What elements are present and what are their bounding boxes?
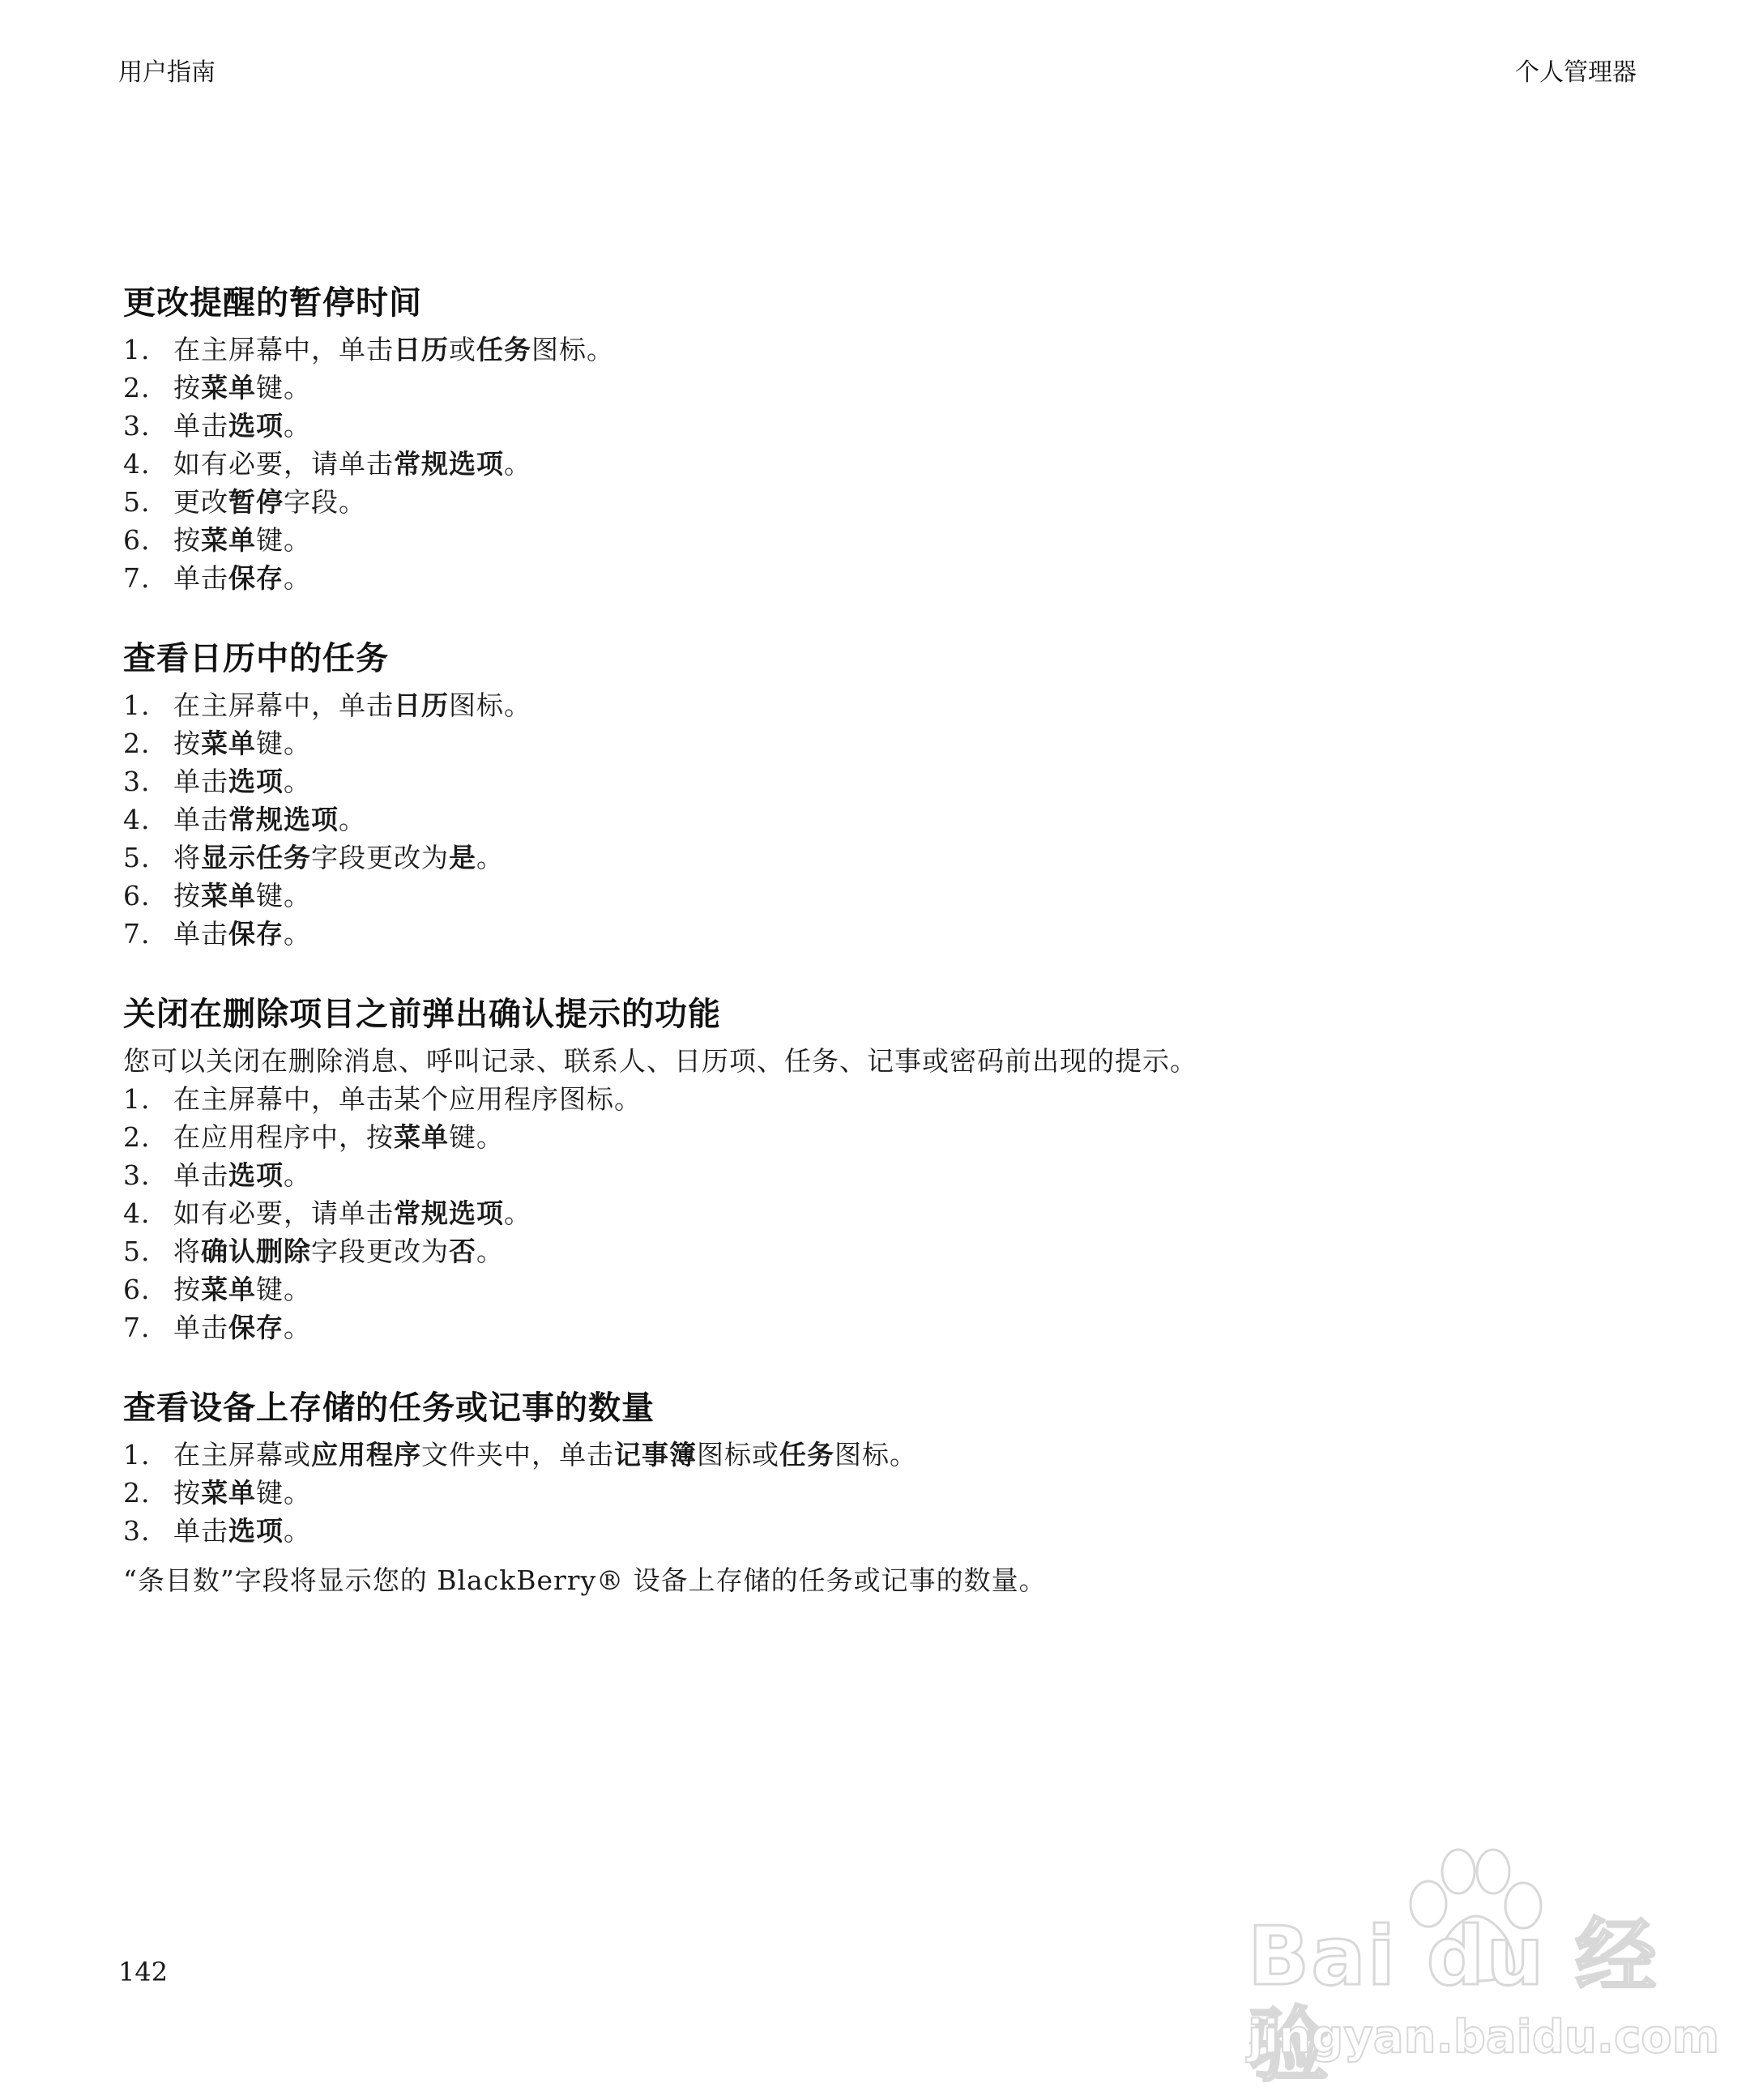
- step-text: 将显示任务字段更改为是。: [173, 839, 504, 877]
- step-text: 按菜单键。: [173, 369, 311, 407]
- text-run: 按: [173, 880, 201, 911]
- text-run: 图标。: [531, 334, 614, 365]
- steps-list: 1.在主屏幕中，单击某个应用程序图标。2.在应用程序中，按菜单键。3.单击选项。…: [123, 1080, 1662, 1347]
- ui-term: 菜单: [201, 524, 256, 556]
- text-run: 。: [476, 1236, 504, 1267]
- text-run: 按: [173, 728, 201, 759]
- step-item: 3.单击选项。: [123, 762, 1662, 800]
- text-run: 如有必要，请单击: [173, 448, 394, 480]
- step-text: 在主屏幕中，单击日历图标。: [173, 686, 531, 724]
- ui-term: 菜单: [201, 1274, 256, 1305]
- section-delete-confirm: 关闭在删除项目之前弹出确认提示的功能 您可以关闭在删除消息、呼叫记录、联系人、日…: [123, 993, 1662, 1347]
- text-run: 将: [173, 1236, 201, 1267]
- step-text: 如有必要，请单击常规选项。: [173, 445, 531, 483]
- text-run: 单击: [173, 1312, 228, 1343]
- step-item: 3.单击选项。: [123, 1512, 1662, 1550]
- step-number: 3.: [123, 1512, 173, 1550]
- step-number: 5.: [123, 483, 173, 521]
- step-item: 5.将确认删除字段更改为否。: [123, 1232, 1662, 1270]
- text-run: 按: [173, 1477, 201, 1509]
- text-run: 图标。: [834, 1439, 917, 1470]
- text-run: 。: [504, 1197, 531, 1229]
- step-text: 单击选项。: [173, 407, 311, 445]
- step-item: 5.更改暂停字段。: [123, 483, 1662, 521]
- ui-term: 选项: [228, 410, 284, 442]
- step-item: 6.按菜单键。: [123, 1270, 1662, 1308]
- step-item: 4.如有必要，请单击常规选项。: [123, 1194, 1662, 1232]
- ui-term: 否: [449, 1236, 476, 1267]
- ui-term: 是: [449, 842, 476, 873]
- text-run: 按: [173, 1274, 201, 1305]
- text-run: 单击: [173, 766, 228, 797]
- ui-term: 常规选项: [394, 448, 504, 480]
- step-text: 更改暂停字段。: [173, 483, 366, 521]
- ui-term: 确认删除: [201, 1236, 311, 1267]
- section-title: 查看设备上存储的任务或记事的数量: [123, 1387, 1662, 1429]
- step-text: 如有必要，请单击常规选项。: [173, 1194, 531, 1232]
- text-run: 或: [449, 334, 476, 365]
- document-body: 更改提醒的暂停时间 1.在主屏幕中，单击日历或任务图标。2.按菜单键。3.单击选…: [123, 282, 1662, 1599]
- text-run: 单击: [173, 410, 228, 442]
- text-run: 单击: [173, 918, 228, 950]
- section-note: “条目数”字段将显示您的 BlackBerry® 设备上存储的任务或记事的数量。: [123, 1561, 1662, 1599]
- step-number: 2.: [123, 369, 173, 407]
- ui-term: 常规选项: [394, 1197, 504, 1229]
- step-text: 将确认删除字段更改为否。: [173, 1232, 504, 1270]
- step-number: 4.: [123, 445, 173, 483]
- text-run: 字段。: [284, 486, 366, 518]
- step-text: 在主屏幕或应用程序文件夹中，单击记事簿图标或任务图标。: [173, 1436, 917, 1474]
- step-text: 按菜单键。: [173, 1474, 311, 1512]
- text-run: 文件夹中，单击: [421, 1439, 614, 1470]
- steps-list: 1.在主屏幕或应用程序文件夹中，单击记事簿图标或任务图标。2.按菜单键。3.单击…: [123, 1436, 1662, 1550]
- text-run: 键。: [256, 372, 311, 403]
- step-item: 2.按菜单键。: [123, 1474, 1662, 1512]
- step-number: 1.: [123, 331, 173, 369]
- text-run: 键。: [256, 728, 311, 759]
- text-run: 键。: [256, 880, 311, 911]
- text-run: 键。: [449, 1121, 504, 1153]
- text-run: 更改: [173, 486, 228, 518]
- step-number: 1.: [123, 1080, 173, 1118]
- step-number: 3.: [123, 1156, 173, 1194]
- ui-term: 选项: [228, 1515, 284, 1547]
- step-number: 6.: [123, 521, 173, 559]
- step-item: 2.在应用程序中，按菜单键。: [123, 1118, 1662, 1156]
- text-run: 在主屏幕或: [173, 1439, 311, 1470]
- text-run: 按: [173, 372, 201, 403]
- running-head-right: 个人管理器: [1515, 57, 1637, 89]
- step-item: 7.单击保存。: [123, 915, 1662, 953]
- text-run: 如有必要，请单击: [173, 1197, 394, 1229]
- ui-term: 保存: [228, 918, 284, 950]
- step-item: 1.在主屏幕中，单击日历或任务图标。: [123, 331, 1662, 369]
- step-item: 3.单击选项。: [123, 407, 1662, 445]
- text-run: 。: [284, 918, 311, 950]
- step-number: 2.: [123, 1474, 173, 1512]
- text-run: 在应用程序中，按: [173, 1121, 394, 1153]
- running-head-left: 用户指南: [118, 57, 216, 89]
- ui-term: 日历: [394, 334, 449, 365]
- page-number: 142: [118, 1956, 168, 1988]
- step-number: 6.: [123, 877, 173, 915]
- step-text: 单击保存。: [173, 1308, 311, 1347]
- watermark-url: jingyan.baidu.com: [1248, 2009, 1719, 2066]
- step-item: 6.按菜单键。: [123, 877, 1662, 915]
- step-number: 7.: [123, 915, 173, 953]
- ui-term: 菜单: [394, 1121, 449, 1153]
- step-number: 7.: [123, 559, 173, 597]
- step-number: 1.: [123, 1436, 173, 1474]
- ui-term: 菜单: [201, 728, 256, 759]
- ui-term: 菜单: [201, 1477, 256, 1509]
- steps-list: 1.在主屏幕中，单击日历或任务图标。2.按菜单键。3.单击选项。4.如有必要，请…: [123, 331, 1662, 597]
- ui-term: 菜单: [201, 372, 256, 403]
- ui-term: 保存: [228, 562, 284, 594]
- text-run: 。: [284, 1159, 311, 1191]
- step-number: 7.: [123, 1308, 173, 1347]
- step-number: 5.: [123, 1232, 173, 1270]
- step-text: 单击选项。: [173, 1156, 311, 1194]
- text-run: 单击: [173, 1515, 228, 1547]
- step-text: 单击常规选项。: [173, 800, 366, 839]
- ui-term: 任务: [779, 1439, 834, 1470]
- ui-term: 菜单: [201, 880, 256, 911]
- section-item-count: 查看设备上存储的任务或记事的数量 1.在主屏幕或应用程序文件夹中，单击记事簿图标…: [123, 1387, 1662, 1599]
- step-item: 7.单击保存。: [123, 1308, 1662, 1347]
- text-run: 。: [504, 448, 531, 480]
- step-item: 3.单击选项。: [123, 1156, 1662, 1194]
- text-run: 。: [284, 562, 311, 594]
- ui-term: 暂停: [228, 486, 284, 518]
- text-run: 键。: [256, 1477, 311, 1509]
- step-text: 在主屏幕中，单击某个应用程序图标。: [173, 1080, 642, 1118]
- step-item: 6.按菜单键。: [123, 521, 1662, 559]
- step-number: 3.: [123, 407, 173, 445]
- text-run: 在主屏幕中，单击: [173, 689, 394, 721]
- text-run: 。: [284, 410, 311, 442]
- section-intro: 您可以关闭在删除消息、呼叫记录、联系人、日历项、任务、记事或密码前出现的提示。: [123, 1042, 1662, 1080]
- section-snooze: 更改提醒的暂停时间 1.在主屏幕中，单击日历或任务图标。2.按菜单键。3.单击选…: [123, 282, 1662, 597]
- text-run: 。: [284, 1312, 311, 1343]
- step-number: 4.: [123, 800, 173, 839]
- step-item: 7.单击保存。: [123, 559, 1662, 597]
- step-item: 1.在主屏幕中，单击某个应用程序图标。: [123, 1080, 1662, 1118]
- step-number: 2.: [123, 724, 173, 762]
- text-run: 。: [339, 804, 366, 835]
- ui-term: 保存: [228, 1312, 284, 1343]
- steps-list: 1.在主屏幕中，单击日历图标。2.按菜单键。3.单击选项。4.单击常规选项。5.…: [123, 686, 1662, 953]
- ui-term: 常规选项: [228, 804, 339, 835]
- step-text: 在主屏幕中，单击日历或任务图标。: [173, 331, 614, 369]
- section-calendar-tasks: 查看日历中的任务 1.在主屏幕中，单击日历图标。2.按菜单键。3.单击选项。4.…: [123, 638, 1662, 953]
- step-item: 2.按菜单键。: [123, 724, 1662, 762]
- ui-term: 日历: [394, 689, 449, 721]
- section-title: 查看日历中的任务: [123, 638, 1662, 680]
- ui-term: 记事簿: [614, 1439, 697, 1470]
- step-text: 按菜单键。: [173, 521, 311, 559]
- step-number: 3.: [123, 762, 173, 800]
- ui-term: 任务: [476, 334, 531, 365]
- ui-term: 应用程序: [311, 1439, 421, 1470]
- step-text: 按菜单键。: [173, 724, 311, 762]
- step-item: 4.单击常规选项。: [123, 800, 1662, 839]
- step-text: 单击保存。: [173, 559, 311, 597]
- step-item: 1.在主屏幕或应用程序文件夹中，单击记事簿图标或任务图标。: [123, 1436, 1662, 1474]
- text-run: 单击: [173, 562, 228, 594]
- step-number: 4.: [123, 1194, 173, 1232]
- step-item: 5.将显示任务字段更改为是。: [123, 839, 1662, 877]
- text-run: 按: [173, 524, 201, 556]
- ui-term: 显示任务: [201, 842, 311, 873]
- section-title: 关闭在删除项目之前弹出确认提示的功能: [123, 993, 1662, 1035]
- ui-term: 选项: [228, 766, 284, 797]
- step-number: 2.: [123, 1118, 173, 1156]
- text-run: 字段更改为: [311, 1236, 449, 1267]
- step-number: 6.: [123, 1270, 173, 1308]
- text-run: 单击: [173, 804, 228, 835]
- step-text: 单击选项。: [173, 762, 311, 800]
- text-run: 字段更改为: [311, 842, 449, 873]
- step-number: 5.: [123, 839, 173, 877]
- text-run: 在主屏幕中，单击: [173, 334, 394, 365]
- text-run: 。: [476, 842, 504, 873]
- text-run: 键。: [256, 524, 311, 556]
- section-title: 更改提醒的暂停时间: [123, 282, 1662, 324]
- step-text: 在应用程序中，按菜单键。: [173, 1118, 504, 1156]
- text-run: 图标。: [449, 689, 531, 721]
- baidu-watermark: Bai du 经验 jingyan.baidu.com: [1248, 1847, 1669, 2082]
- step-text: 按菜单键。: [173, 1270, 311, 1308]
- text-run: 单击: [173, 1159, 228, 1191]
- text-run: 将: [173, 842, 201, 873]
- text-run: 。: [284, 1515, 311, 1547]
- text-run: 图标或: [697, 1439, 779, 1470]
- text-run: 键。: [256, 1274, 311, 1305]
- step-item: 4.如有必要，请单击常规选项。: [123, 445, 1662, 483]
- step-text: 按菜单键。: [173, 877, 311, 915]
- step-number: 1.: [123, 686, 173, 724]
- ui-term: 选项: [228, 1159, 284, 1191]
- step-item: 1.在主屏幕中，单击日历图标。: [123, 686, 1662, 724]
- step-text: 单击选项。: [173, 1512, 311, 1550]
- text-run: 。: [284, 766, 311, 797]
- text-run: 在主屏幕中，单击某个应用程序图标。: [173, 1083, 642, 1115]
- step-text: 单击保存。: [173, 915, 311, 953]
- step-item: 2.按菜单键。: [123, 369, 1662, 407]
